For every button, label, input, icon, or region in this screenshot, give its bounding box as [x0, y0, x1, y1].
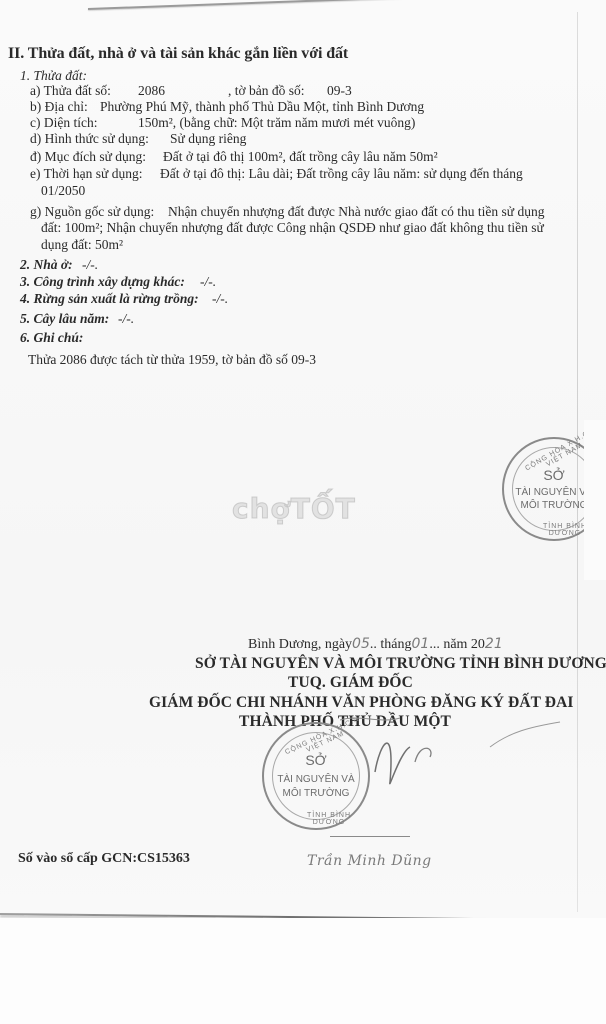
- purpose-label: đ) Mục đích sử dụng:: [30, 148, 146, 165]
- signature-underline: [330, 836, 410, 837]
- term-value-line1: Đất ở tại đô thị: Lâu dài; Đất trồng cây…: [160, 165, 523, 182]
- parcel-number-value: 2086: [138, 82, 165, 99]
- house-value: -/-.: [82, 256, 98, 273]
- origin-value-line2: đất: 100m²; Nhận chuyển nhượng đất được …: [41, 219, 544, 236]
- on-behalf-title: TUQ. GIÁM ĐỐC: [288, 674, 413, 691]
- perennial-trees-value: -/-.: [118, 310, 134, 327]
- planted-forest-heading: 4. Rừng sản xuất là rừng trồng:: [20, 290, 199, 307]
- handwritten-month: 01: [411, 636, 429, 652]
- perennial-trees-heading: 5. Cây lâu năm:: [20, 310, 109, 327]
- term-label: e) Thời hạn sử dụng:: [30, 165, 142, 182]
- registry-number: Số vào sổ cấp GCN:CS15363: [18, 850, 190, 867]
- other-construction-heading: 3. Công trình xây dựng khác:: [20, 273, 185, 290]
- notes-text: Thửa 2086 được tách từ thửa 1959, tờ bản…: [28, 351, 316, 368]
- map-sheet-value: 09-3: [327, 82, 352, 99]
- use-form-label: d) Hình thức sử dụng:: [30, 130, 149, 147]
- purpose-value: Đất ở tại đô thị 100m², đất trồng cây lâ…: [163, 148, 438, 165]
- origin-label: g) Nguồn gốc sử dụng:: [30, 203, 154, 220]
- section-title: II. Thửa đất, nhà ở và tài sản khác gắn …: [8, 45, 348, 62]
- stamp-crop-mask: [584, 420, 606, 580]
- place-date-line: Bình Dương, ngày05.. tháng01... năm 2021: [248, 636, 503, 653]
- map-sheet-label: , tờ bản đồ số:: [228, 82, 305, 99]
- address-label: b) Địa chỉ:: [30, 98, 88, 115]
- house-heading: 2. Nhà ở:: [20, 256, 73, 273]
- paper-top-edge: [88, 0, 606, 10]
- parcel-number-label: a) Thửa đất số:: [30, 82, 111, 99]
- origin-value-line1: Nhận chuyển nhượng đất được Nhà nước gia…: [168, 203, 544, 220]
- notes-heading: 6. Ghi chú:: [20, 329, 83, 346]
- area-label: c) Diện tích:: [30, 114, 97, 131]
- origin-value-line3: dụng đất: 50m²: [41, 236, 123, 253]
- agency-name: SỞ TÀI NGUYÊN VÀ MÔI TRƯỜNG TỈNH BÌNH DƯ…: [195, 655, 606, 672]
- signer-position: GIÁM ĐỐC CHI NHÁNH VĂN PHÒNG ĐĂNG KÝ ĐẤT…: [149, 694, 574, 711]
- year-label: năm 20: [443, 637, 485, 652]
- background-below-paper: [0, 918, 606, 1024]
- watermark-logo: chợTỐT: [232, 492, 356, 525]
- handwritten-day: 05: [352, 636, 370, 652]
- use-form-value: Sử dụng riêng: [170, 130, 246, 147]
- other-construction-value: -/-.: [200, 273, 216, 290]
- area-value: 150m², (bằng chữ: Một trăm năm mươi mét …: [138, 114, 415, 131]
- scanned-document-page: II. Thửa đất, nhà ở và tài sản khác gắn …: [0, 0, 606, 1024]
- place-date-prefix: Bình Dương, ngày: [248, 637, 352, 652]
- signer-name: Trần Minh Dũng: [307, 853, 432, 869]
- handwritten-signature: [340, 712, 600, 792]
- handwritten-year: 21: [485, 636, 503, 652]
- term-value-line2: 01/2050: [41, 182, 85, 199]
- month-label: tháng: [380, 637, 411, 652]
- planted-forest-value: -/-.: [212, 290, 228, 307]
- address-value: Phường Phú Mỹ, thành phố Thủ Dầu Một, tỉ…: [100, 98, 424, 115]
